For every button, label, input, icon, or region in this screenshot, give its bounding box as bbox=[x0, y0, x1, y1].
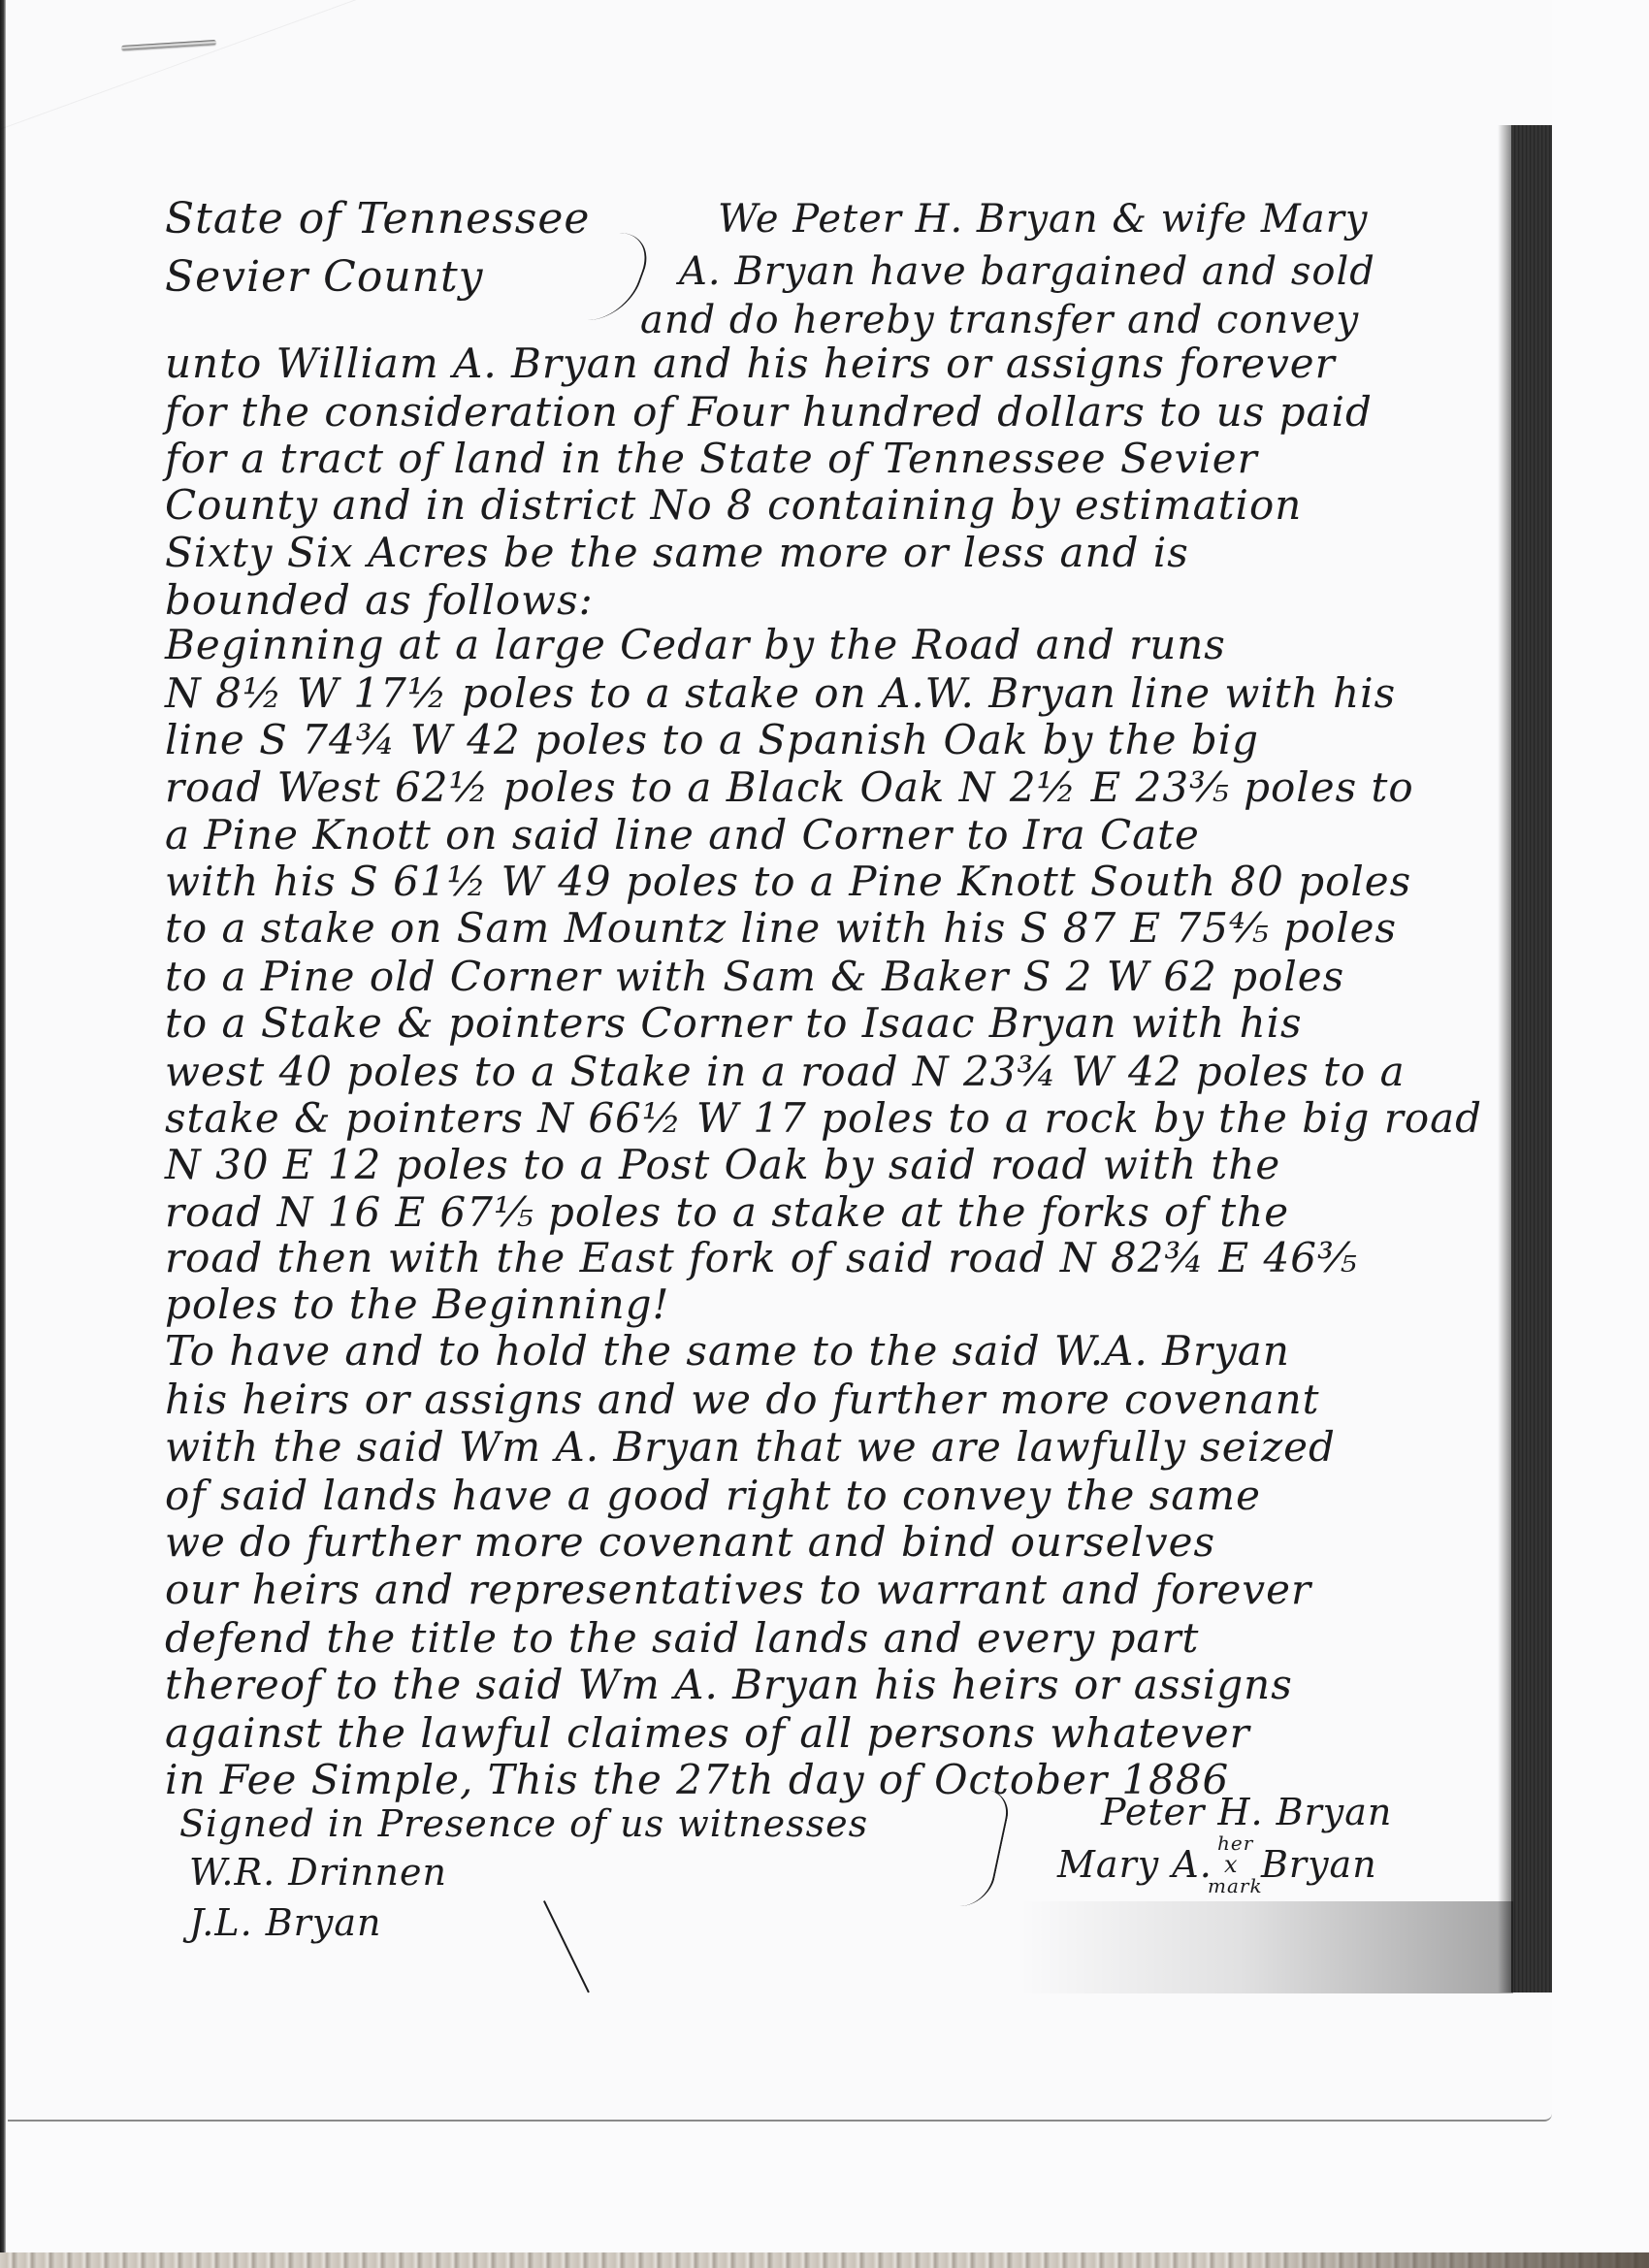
deed-line: Sixty Six Acres be the same more or less… bbox=[165, 529, 1189, 576]
deed-line: our heirs and representatives to warrant… bbox=[165, 1566, 1311, 1613]
deed-line: we do further more covenant and bind our… bbox=[165, 1518, 1215, 1566]
deed-line: a Pine Knott on said line and Corner to … bbox=[165, 811, 1200, 859]
photocopy-shadow bbox=[1018, 1901, 1513, 1993]
deed-line: thereof to the said Wm A. Bryan his heir… bbox=[165, 1661, 1293, 1708]
deed-line: County and in district No 8 containing b… bbox=[165, 481, 1302, 529]
grantor-signature-mary-last: Bryan bbox=[1261, 1843, 1377, 1886]
witness-signature-1: W.R. Drinnen bbox=[189, 1851, 447, 1894]
deed-line: defend the title to the said lands and e… bbox=[165, 1614, 1199, 1662]
deed-line: N 30 E 12 poles to a Post Oak by said ro… bbox=[165, 1141, 1280, 1188]
witness-signature-2: J.L. Bryan bbox=[189, 1901, 381, 1944]
grantor-signature-peter: Peter H. Bryan bbox=[1101, 1791, 1392, 1833]
deed-line: his heirs or assigns and we do further m… bbox=[165, 1376, 1320, 1423]
heading-county: Sevier County bbox=[165, 248, 590, 307]
photocopy-edge-band bbox=[1511, 125, 1552, 1993]
deed-line: road N 16 E 67⅕ poles to a stake at the … bbox=[165, 1188, 1289, 1236]
deed-line-date: in Fee Simple, This the 27th day of Octo… bbox=[165, 1756, 1229, 1803]
attestation-text: Signed in Presence of us witnesses bbox=[179, 1802, 868, 1845]
deed-line: line S 74¾ W 42 poles to a Spanish Oak b… bbox=[165, 716, 1259, 763]
deed-line: to a Pine old Corner with Sam & Baker S … bbox=[165, 953, 1344, 1000]
grantor-signature-mary-first: Mary A. bbox=[1057, 1843, 1212, 1886]
deed-line: poles to the Beginning! bbox=[165, 1280, 669, 1328]
deed-line: road West 62½ poles to a Black Oak N 2½ … bbox=[165, 763, 1414, 811]
scanner-edge-left bbox=[0, 0, 6, 2268]
deed-heading-state-county: State of Tennessee Sevier County bbox=[165, 190, 590, 307]
deed-line: for a tract of land in the State of Tenn… bbox=[165, 435, 1258, 482]
deed-line: with the said Wm A. Bryan that we are la… bbox=[165, 1423, 1336, 1471]
heading-state: State of Tennessee bbox=[165, 190, 590, 248]
deed-line: for the consideration of Four hundred do… bbox=[165, 388, 1373, 436]
deed-line: to a Stake & pointers Corner to Isaac Br… bbox=[165, 999, 1303, 1047]
deed-line: To have and to hold the same to the said… bbox=[165, 1327, 1290, 1375]
deed-line: to a stake on Sam Mountz line with his S… bbox=[165, 904, 1397, 952]
deed-line: Beginning at a large Cedar by the Road a… bbox=[165, 621, 1226, 668]
grantor-mark-label: mark bbox=[1208, 1874, 1263, 1897]
deed-line: west 40 poles to a Stake in a road N 23¾… bbox=[165, 1048, 1406, 1095]
deed-line: road then with the East fork of said roa… bbox=[165, 1234, 1358, 1281]
deed-line: stake & pointers N 66½ W 17 poles to a r… bbox=[165, 1094, 1482, 1142]
scanner-edge-bottom bbox=[0, 2252, 1649, 2268]
deed-line: bounded as follows: bbox=[165, 576, 594, 624]
deed-line: against the lawful claimes of all person… bbox=[165, 1709, 1250, 1757]
deed-line: of said lands have a good right to conve… bbox=[165, 1472, 1261, 1519]
deed-line: unto William A. Bryan and his heirs or a… bbox=[165, 340, 1336, 387]
heading-grantors-line-1: We Peter H. Bryan & wife Mary bbox=[718, 190, 1368, 248]
deed-line: with his S 61½ W 49 poles to a Pine Knot… bbox=[165, 858, 1411, 905]
deed-line: N 8½ W 17½ poles to a stake on A.W. Brya… bbox=[165, 669, 1396, 717]
